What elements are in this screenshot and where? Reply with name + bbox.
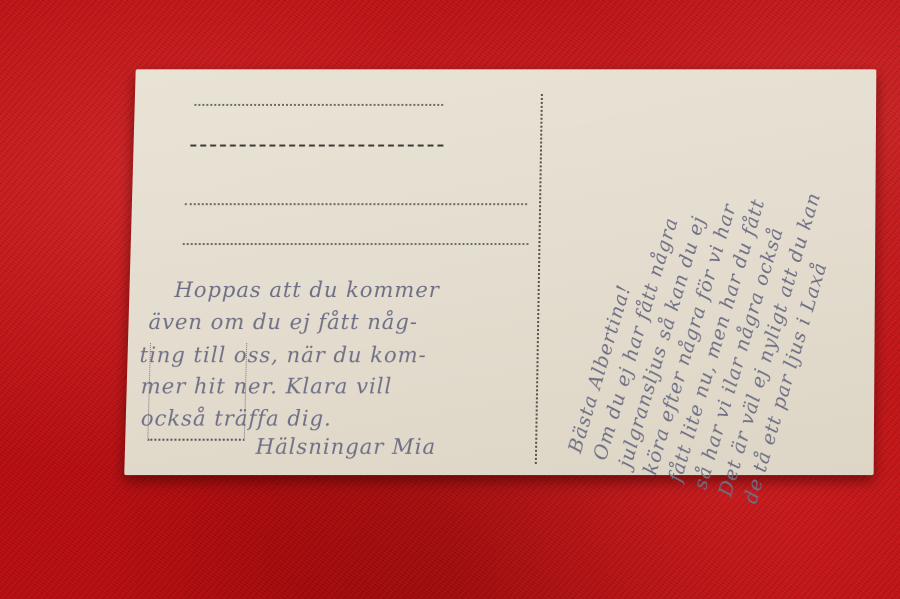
message-line: också träffa dig. [141, 406, 333, 430]
address-line-4 [183, 243, 529, 245]
message-line: även om du ej fått någ- [148, 310, 418, 334]
message-line: ting till oss, när du kom- [139, 343, 427, 367]
center-divider [535, 94, 543, 464]
signature: Hälsningar Mia [255, 435, 436, 459]
address-line-3 [185, 203, 527, 205]
postcard: Hoppas att du kommer även om du ej fått … [124, 69, 876, 475]
message-line: mer hit ner. Klara vill [140, 374, 392, 398]
rotated-message: Bästa Albertina! Om du ej har fått några… [562, 147, 852, 507]
message-line: Hoppas att du kommer [174, 278, 440, 302]
address-line-1 [194, 104, 443, 106]
address-line-2 [190, 145, 443, 147]
